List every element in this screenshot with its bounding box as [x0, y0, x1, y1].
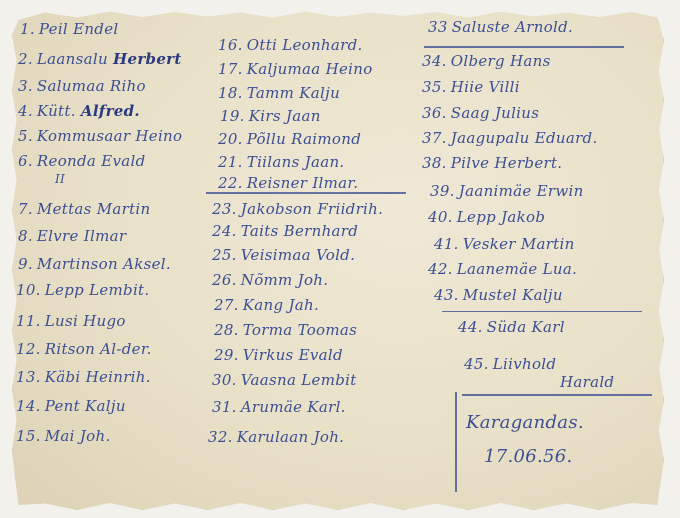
list-item: 16.Otti Leonhard. — [218, 36, 363, 54]
list-item: 8.Elvre Ilmar — [18, 227, 126, 245]
list-item: 31.Arumäe Karl. — [212, 398, 346, 416]
list-item: 3.Salumaa Riho — [18, 77, 146, 95]
list-item: 14.Pent Kalju — [16, 397, 126, 415]
list-item: 28.Torma Toomas — [214, 321, 357, 339]
list-item: 42.Laanemäe Lua. — [428, 260, 577, 278]
list-item: 2.Laansalu Herbert — [18, 50, 182, 68]
list-item: 15.Mai Joh. — [16, 427, 111, 445]
list-item: 26.Nõmm Joh. — [212, 271, 328, 289]
list-item: 27.Kang Jah. — [214, 296, 319, 314]
list-item: 35.Hiie Villi — [422, 78, 520, 96]
list-item: 1.Peil Endel — [20, 20, 118, 38]
list-item: 30.Vaasna Lembit — [212, 371, 357, 389]
list-item: 9.Martinson Aksel. — [18, 255, 171, 273]
list-item: 40.Lepp Jakob — [428, 208, 545, 226]
list-item: 7.Mettas Martin — [18, 200, 151, 218]
divider-line — [424, 46, 624, 48]
list-item: 45.Liivhold — [464, 355, 556, 373]
list-item: 17.Kaljumaa Heino — [218, 60, 373, 78]
list-item: 11.Lusi Hugo — [16, 312, 126, 330]
roman-numeral-note: II — [55, 172, 65, 186]
list-item: 38.Pilve Herbert. — [422, 154, 562, 172]
list-item: 39.Jaanimäe Erwin — [430, 182, 584, 200]
list-item: 29.Virkus Evald — [214, 346, 343, 364]
list-item: 18.Tamm Kalju — [218, 84, 340, 102]
list-item: 21.Tiilans Jaan. — [218, 153, 344, 171]
list-item: 23.Jakobson Friidrih. — [212, 200, 383, 218]
list-item: 41.Vesker Martin — [434, 235, 575, 253]
list-item: 34.Olberg Hans — [422, 52, 551, 70]
list-item: 32.Karulaan Joh. — [208, 428, 344, 446]
list-item: 12.Ritson Al-der. — [16, 340, 152, 358]
list-item: 37.Jaagupalu Eduard. — [422, 129, 598, 147]
list-item: 43.Mustel Kalju — [434, 286, 563, 304]
divider-line — [442, 311, 642, 312]
list-item: 24.Taits Bernhard — [212, 222, 358, 240]
list-item: 10.Lepp Lembit. — [16, 281, 149, 299]
location-text: Karagandas. — [466, 412, 584, 433]
divider-line — [462, 394, 652, 396]
list-item: 13.Käbi Heinrih. — [16, 368, 151, 386]
list-item: 5.Kommusaar Heino — [18, 127, 182, 145]
list-item: 22.Reisner Ilmar. — [218, 174, 358, 192]
list-item: 6.Reonda Evald — [18, 152, 146, 170]
date-text: 17.06.56. — [484, 446, 573, 467]
list-item: 4.Kütt. Alfred. — [18, 102, 140, 120]
divider-line — [206, 192, 406, 194]
list-item: 33Saluste Arnold. — [428, 18, 573, 36]
list-item-continuation: Harald — [560, 373, 614, 391]
list-item: 36.Saag Julius — [422, 104, 539, 122]
list-item: 44.Süda Karl — [458, 318, 565, 336]
list-item: 19.Kirs Jaan — [220, 107, 321, 125]
list-item: 20.Põllu Raimond — [218, 130, 361, 148]
vertical-line — [455, 392, 457, 492]
list-item: 25.Veisimaa Vold. — [212, 246, 355, 264]
